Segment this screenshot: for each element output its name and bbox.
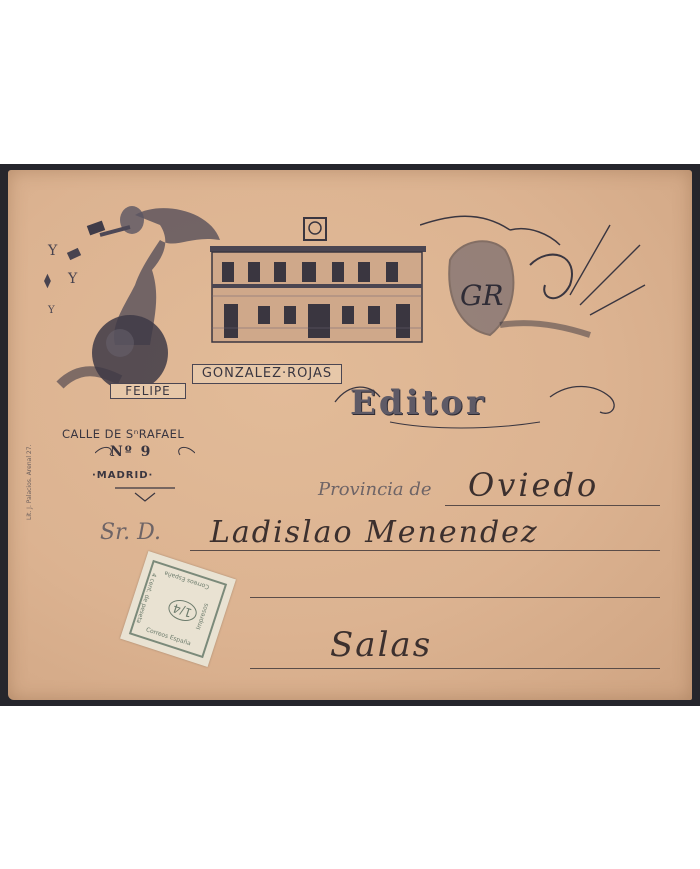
printer-imprint: Lit. J. Palacios. Arenal 27. [26, 445, 33, 520]
svg-text:GR: GR [460, 279, 503, 312]
street-address: CALLE DE SⁿRAFAEL [62, 427, 184, 441]
editor-flourish [330, 372, 630, 432]
recipient-name: Ladislao Menendez [210, 515, 539, 550]
province-label: Provincia de [318, 479, 432, 500]
svg-text:⧫: ⧫ [44, 273, 51, 289]
first-name-banner: FELIPE [110, 383, 186, 399]
last-name-banner: GONZALEZ·ROJAS [192, 364, 342, 384]
svg-text:Y: Y [47, 305, 55, 316]
town-name: Salas [330, 625, 432, 665]
city-ornament [95, 443, 195, 503]
svg-text:Y: Y [47, 243, 58, 259]
monogram-shield-illustration: GR [420, 205, 650, 365]
salutation: Sr. D. [100, 520, 161, 545]
recipient-line [190, 550, 660, 551]
svg-text:Y: Y [67, 271, 78, 287]
province-value: Oviedo [468, 466, 599, 504]
publishing-house-building-illustration [208, 216, 428, 346]
blank-address-line [250, 597, 660, 598]
province-line [445, 505, 660, 506]
town-line [250, 668, 660, 669]
